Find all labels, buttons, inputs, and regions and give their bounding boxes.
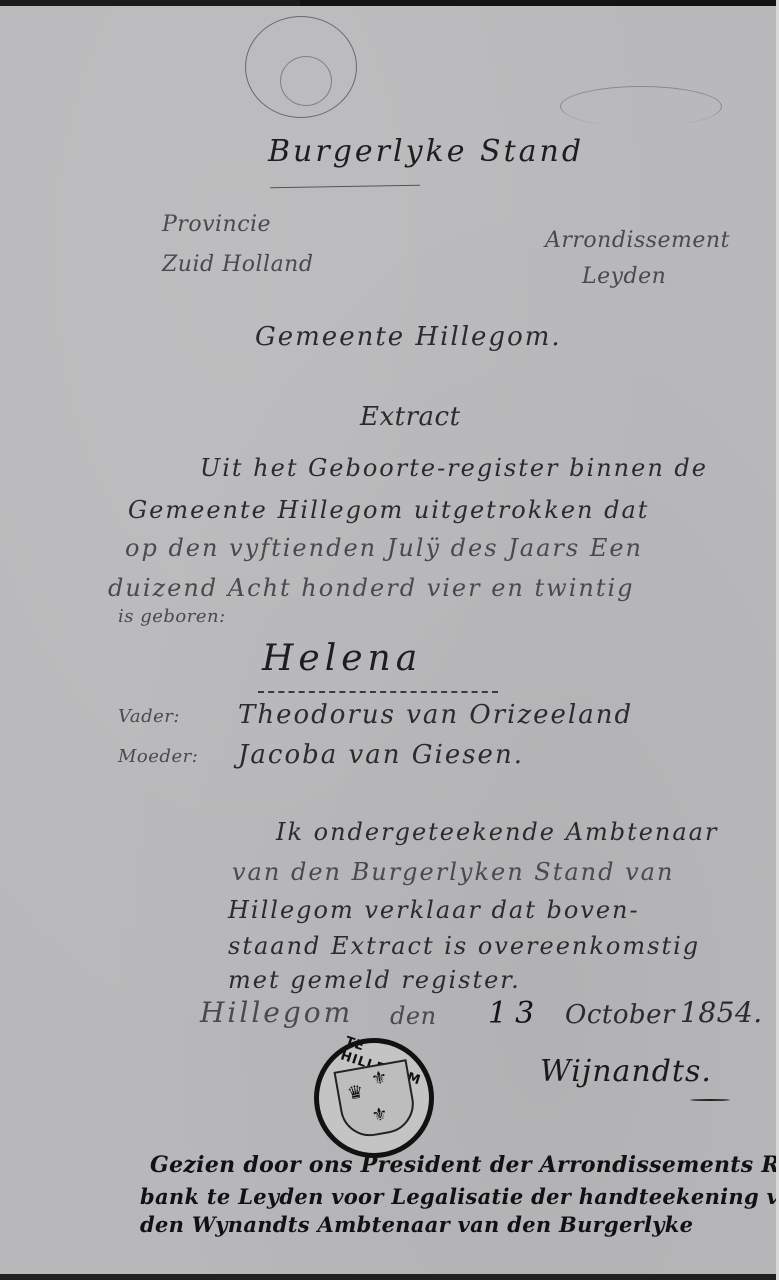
- child-name-underline: [258, 691, 498, 693]
- child-name: Helena: [262, 638, 422, 679]
- declaration-line-3: Hillegom verklaar dat boven-: [228, 896, 640, 924]
- date-year: 1854.: [680, 996, 763, 1029]
- title-underline: [270, 185, 420, 189]
- legalization-line-1: Gezien door ons President der Arrondisse…: [150, 1152, 779, 1178]
- date-month: October: [565, 1000, 675, 1030]
- fleur-de-lis-icon: ⚜: [370, 1067, 390, 1090]
- scan-bottom-edge: [0, 1273, 779, 1280]
- crown-icon: ♛: [346, 1081, 366, 1104]
- date-den: den: [390, 1002, 437, 1030]
- province-value: Zuid Holland: [162, 252, 313, 277]
- body-line-4: duizend Acht honderd vier en twintig: [108, 574, 635, 602]
- mother-label: Moeder:: [118, 746, 198, 767]
- declaration-line-2: van den Burgerlyken Stand van: [232, 858, 674, 886]
- province-label: Provincie: [162, 212, 271, 237]
- municipality: Gemeente Hillegom.: [255, 322, 562, 352]
- municipal-seal: TE HILLEGOM ⚜ ♛ ⚜: [314, 1038, 434, 1158]
- signature-swash: [690, 1099, 730, 1101]
- father-name: Theodorus van Orizeeland: [238, 700, 633, 730]
- declaration-line-1: Ik ondergeteekende Ambtenaar: [276, 818, 718, 846]
- body-line-5: is geboren:: [118, 606, 226, 627]
- mother-name: Jacoba van Giesen.: [238, 740, 524, 770]
- title-flourish-inner: [280, 56, 332, 106]
- arrondissement-label: Arrondissement: [545, 228, 730, 253]
- registrar-signature: Wijnandts.: [540, 1054, 712, 1089]
- declaration-line-4: staand Extract is overeenkomstig: [228, 932, 700, 960]
- body-line-2: Gemeente Hillegom uitgetrokken dat: [128, 496, 649, 524]
- legalization-line-3: den Wynandts Ambtenaar van den Burgerlyk…: [140, 1212, 693, 1237]
- declaration-line-5: met gemeld register.: [228, 966, 521, 994]
- body-line-3: op den vyftienden Julÿ des Jaars Een: [125, 534, 643, 562]
- header-swash: [560, 86, 722, 127]
- place: Hillegom: [200, 996, 353, 1029]
- body-line-1: Uit het Geboorte-register binnen de: [200, 454, 708, 482]
- date-day: 13: [488, 996, 542, 1031]
- document-title: Burgerlyke Stand: [268, 134, 584, 169]
- father-label: Vader:: [118, 706, 180, 727]
- fleur-de-lis-icon-2: ⚜: [370, 1103, 390, 1126]
- seal-coat-of-arms: ⚜ ♛ ⚜: [333, 1059, 418, 1141]
- document-page: Burgerlyke Stand Provincie Zuid Holland …: [0, 6, 776, 1274]
- legalization-line-2: bank te Leyden voor Legalisatie der hand…: [140, 1184, 779, 1209]
- arrondissement-value: Leyden: [582, 264, 666, 289]
- extract-heading: Extract: [360, 402, 461, 432]
